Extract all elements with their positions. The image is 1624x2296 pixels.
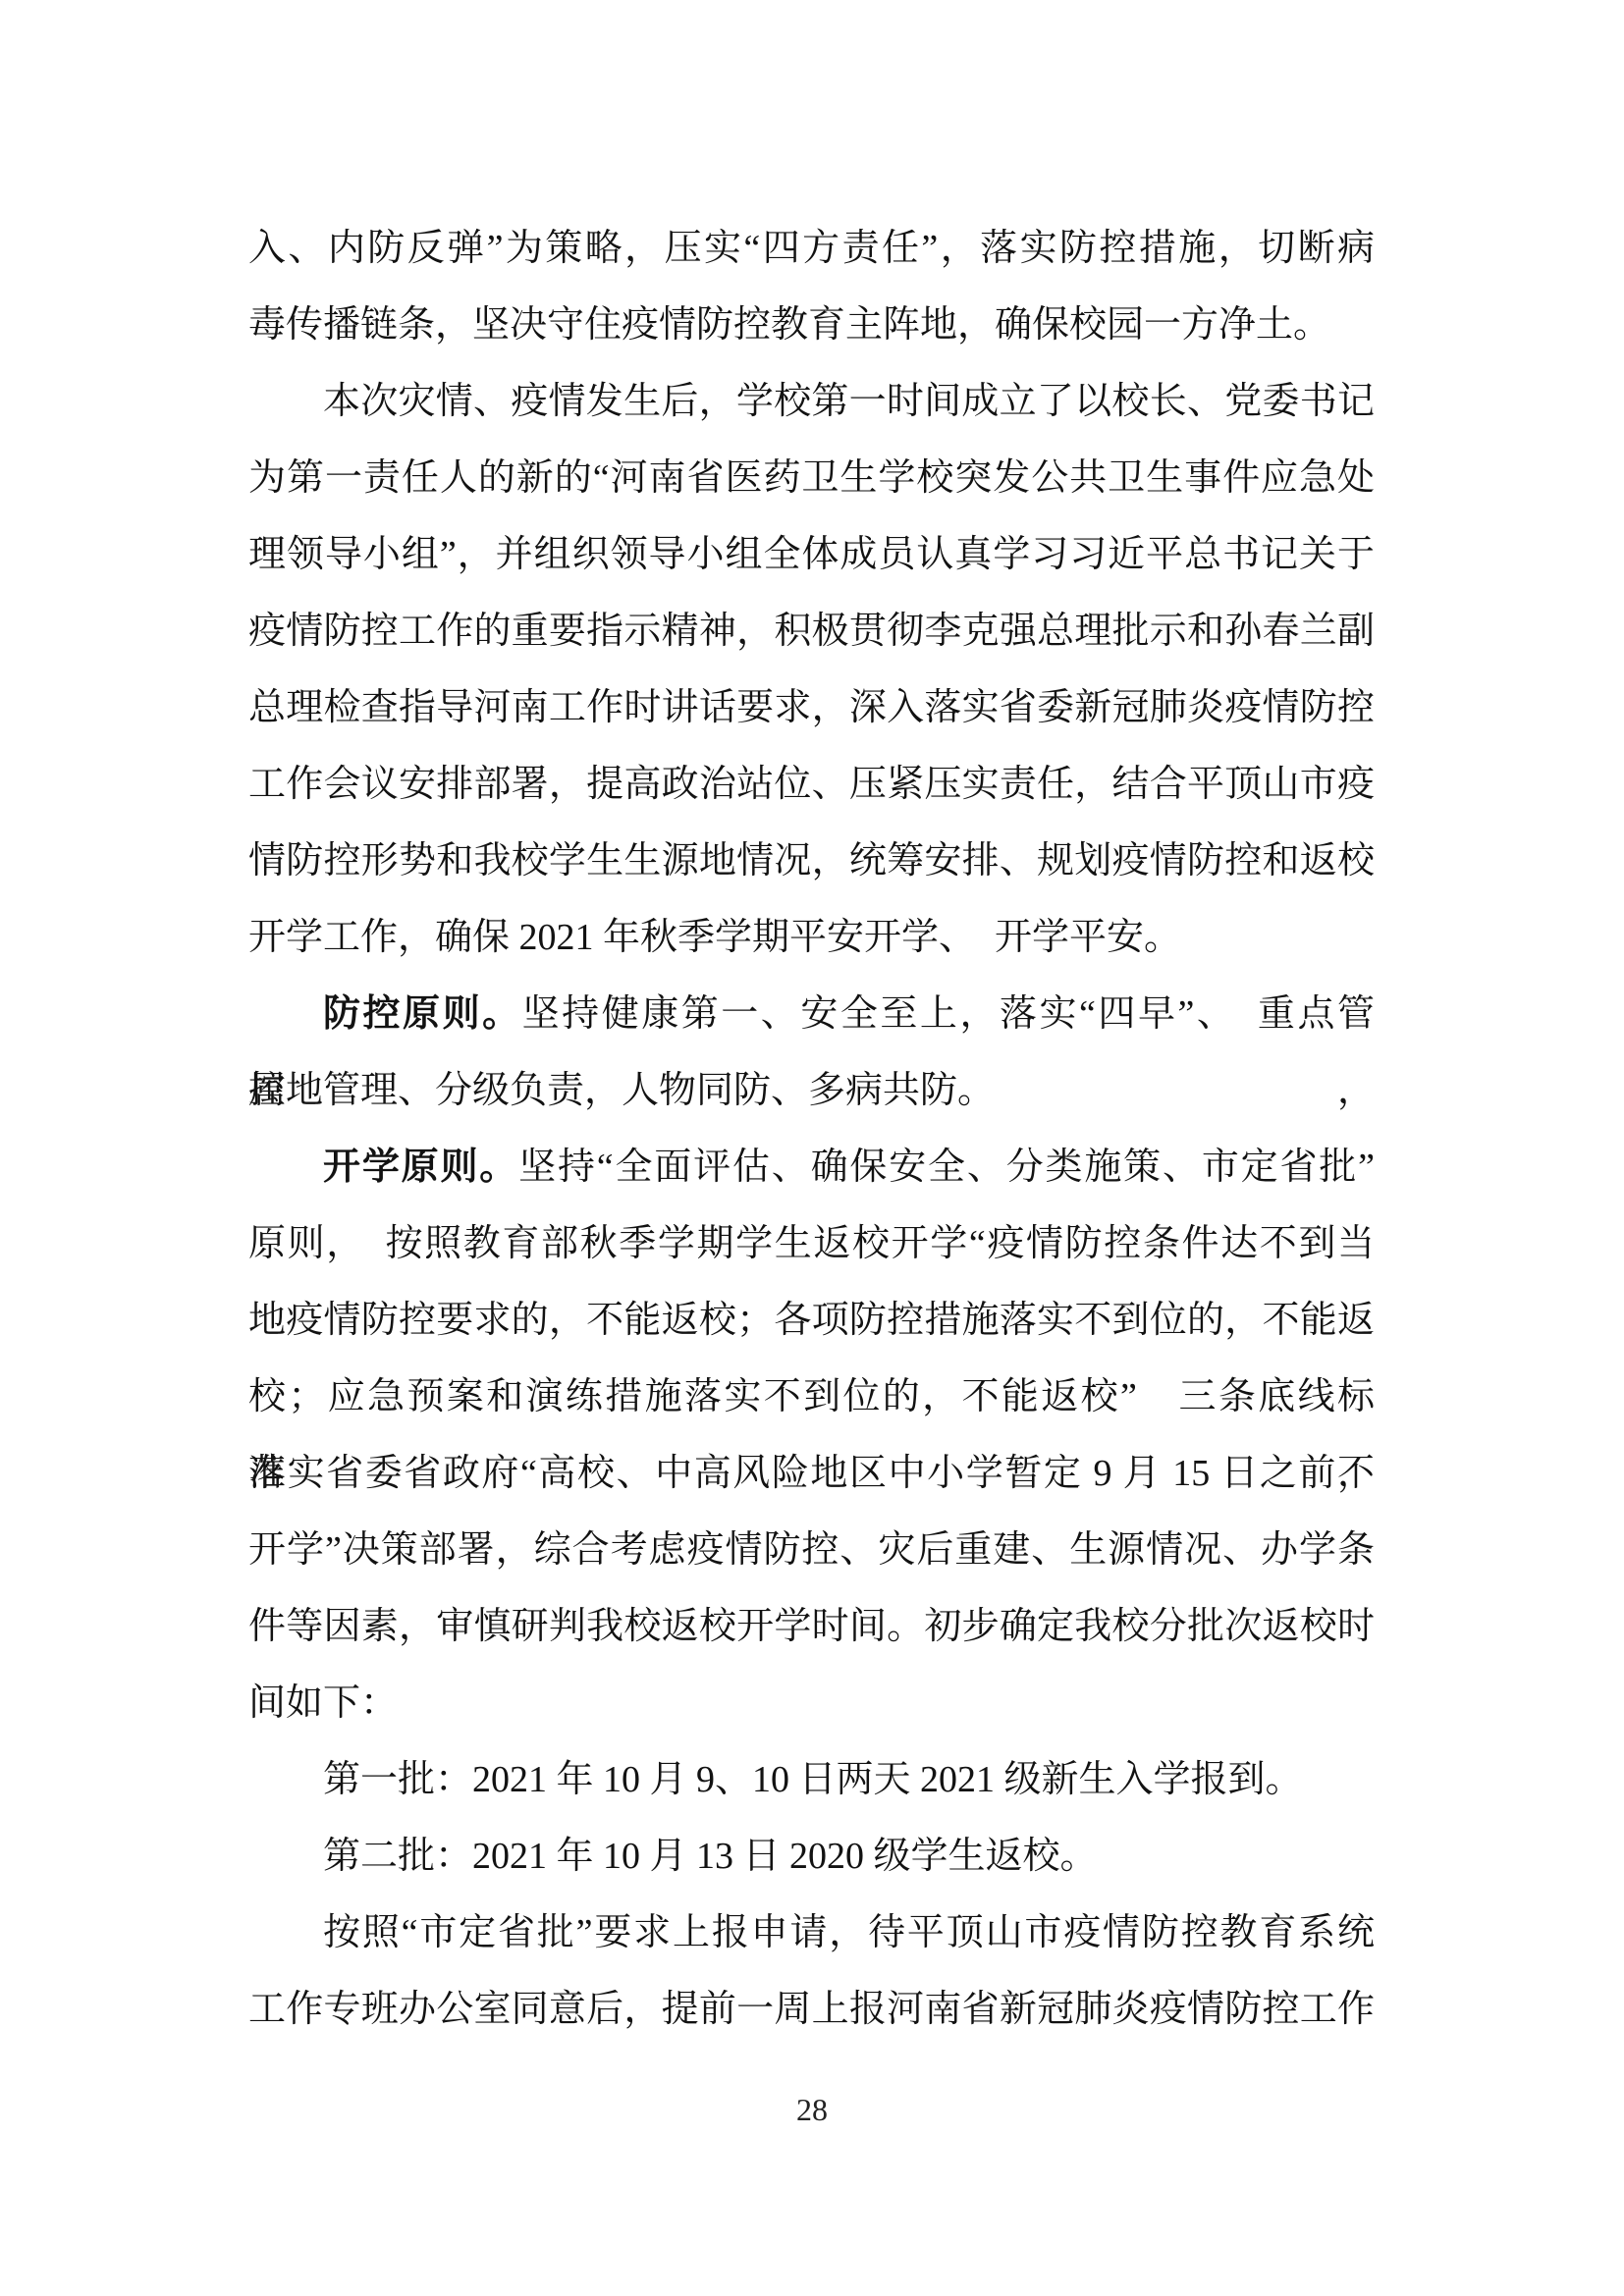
text-run: 坚持“全面评估、确保安全、分类施策、市定省批” [518, 1147, 1375, 1188]
page-number: 28 [0, 2087, 1624, 2132]
text-line: 工作会议安排部署，提高政治站位、压紧压实责任，结合平顶山市疫 [248, 746, 1375, 823]
text-line: 理领导小组”，并组织领导小组全体成员认真学习习近平总书记关于 [248, 516, 1375, 593]
bold-run: 防控原则。 [323, 993, 522, 1035]
body-text: 入、内防反弹”为策略，压实“四方责任”，落实防控措施，切断病 毒传播链条，坚决守… [248, 210, 1375, 2048]
text-line: 原则， 按照教育部秋季学期学生返校开学“疫情防控条件达不到当 [248, 1205, 1375, 1282]
text-line: 疫情防控工作的重要指示精神，积极贯彻李克强总理批示和孙春兰副 [248, 593, 1375, 669]
text-line: 按照“市定省批”要求上报申请，待平顶山市疫情防控教育系统 [248, 1895, 1375, 1971]
text-line: 第二批：2021 年 10 月 13 日 2020 级学生返校。 [248, 1818, 1375, 1895]
text-line: 开学”决策部署，综合考虑疫情防控、灾后重建、生源情况、办学条 [248, 1512, 1375, 1588]
text-line: 工作专班办公室同意后，提前一周上报河南省新冠肺炎疫情防控工作 [248, 1971, 1375, 2048]
text-line: 第一批：2021 年 10 月 9、10 日两天 2021 级新生入学报到。 [248, 1741, 1375, 1818]
document-page: 入、内防反弹”为策略，压实“四方责任”，落实防控措施，切断病 毒传播链条，坚决守… [0, 0, 1624, 2296]
text-line: 地疫情防控要求的，不能返校；各项防控措施落实不到位的，不能返 [248, 1282, 1375, 1359]
text-line: 开学原则。坚持“全面评估、确保安全、分类施策、市定省批” [248, 1129, 1375, 1205]
text-line: 本次灾情、疫情发生后，学校第一时间成立了以校长、党委书记 [248, 363, 1375, 440]
text-line: 毒传播链条，坚决守住疫情防控教育主阵地，确保校园一方净土。 [248, 287, 1375, 363]
text-line: 为第一责任人的新的“河南省医药卫生学校突发公共卫生事件应急处 [248, 440, 1375, 516]
text-line: 落实省委省政府“高校、中高风险地区中小学暂定 9 月 15 日之前不 [248, 1435, 1375, 1512]
text-line: 间如下： [248, 1665, 1375, 1741]
text-line: 开学工作，确保 2021 年秋季学期平安开学、 开学平安。 [248, 899, 1375, 976]
text-line: 入、内防反弹”为策略，压实“四方责任”，落实防控措施，切断病 [248, 210, 1375, 287]
text-line: 防控原则。坚持健康第一、安全至上，落实“四早”、 重点管控， [248, 976, 1375, 1052]
text-line: 件等因素，审慎研判我校返校开学时间。初步确定我校分批次返校时 [248, 1588, 1375, 1665]
text-line: 校；应急预案和演练措施落实不到位的，不能返校” 三条底线标准， [248, 1359, 1375, 1435]
bold-run: 开学原则。 [323, 1147, 518, 1188]
text-line: 总理检查指导河南工作时讲话要求，深入落实省委新冠肺炎疫情防控 [248, 669, 1375, 746]
text-line: 情防控形势和我校学生生源地情况，统筹安排、规划疫情防控和返校 [248, 823, 1375, 899]
